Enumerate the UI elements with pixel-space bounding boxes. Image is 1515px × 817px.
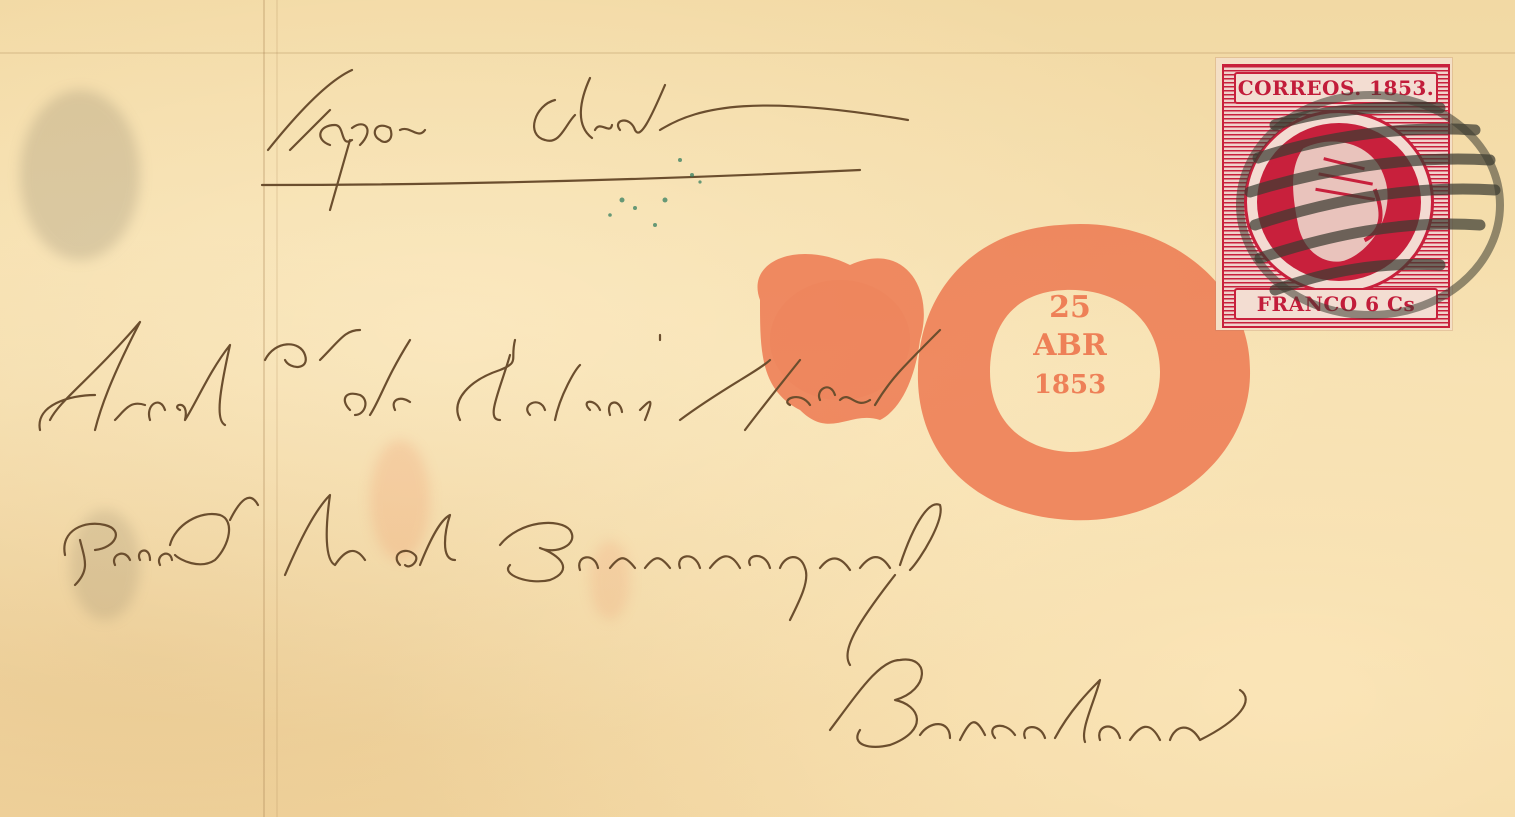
grill-cancellation bbox=[0, 0, 1515, 817]
postal-cover: 25 ABR 1853 bbox=[0, 0, 1515, 817]
